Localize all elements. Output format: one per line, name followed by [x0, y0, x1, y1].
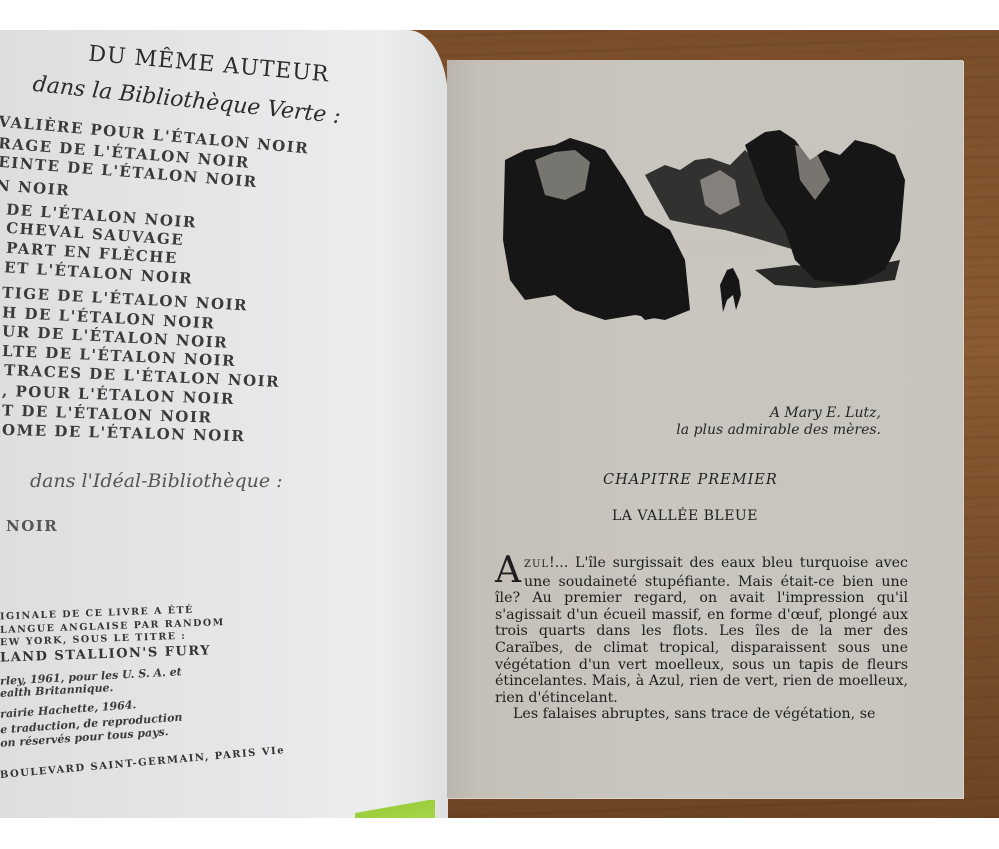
chapter-title: LA VALLÉE BLEUE — [612, 508, 758, 524]
book-title: N NOIR — [0, 176, 71, 199]
drop-cap: A — [495, 556, 521, 586]
section-label-ideal-bibliotheque: dans l'Idéal-Bibliothèque : — [30, 470, 283, 492]
paragraph: Les falaises abruptes, sans trace de vég… — [495, 706, 908, 723]
book-photo: DU MÊME AUTEUR dans la Bibliothèque Vert… — [0, 30, 999, 818]
book-cover-edge — [355, 800, 435, 818]
dedication-line: A Mary E. Lutz, — [676, 405, 881, 422]
dedication-line: la plus admirable des mères. — [676, 422, 881, 439]
chapter-body: AZUL!... L'île surgissait des eaux bleu … — [495, 555, 908, 723]
book-title: NOIR — [6, 517, 58, 535]
chapter-label: CHAPITRE PREMIER — [603, 472, 778, 488]
dedication: A Mary E. Lutz, la plus admirable des mè… — [676, 405, 881, 439]
publisher-address: BOULEVARD SAINT-GERMAIN, PARIS VIe — [0, 745, 286, 781]
paragraph: AZUL!... L'île surgissait des eaux bleu … — [495, 555, 908, 706]
right-page: A Mary E. Lutz, la plus admirable des mè… — [447, 60, 963, 798]
left-page: DU MÊME AUTEUR dans la Bibliothèque Vert… — [0, 30, 448, 818]
mountain-valley-illustration — [495, 120, 915, 330]
paragraph-text: !... L'île surgissait des eaux bleu turq… — [495, 555, 908, 706]
small-caps-word: ZUL — [524, 559, 549, 570]
